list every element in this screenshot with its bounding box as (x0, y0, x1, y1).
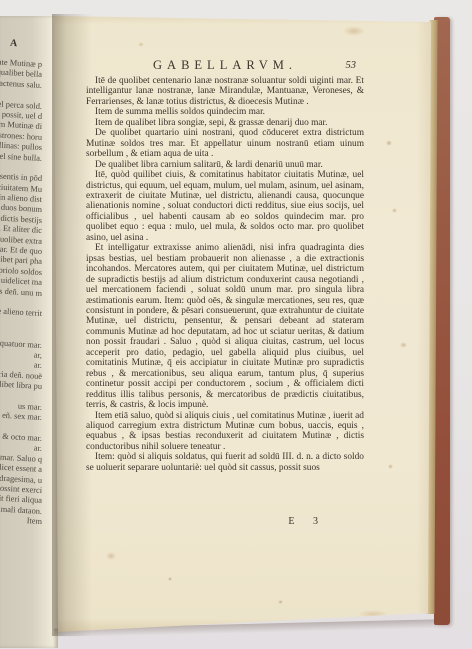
running-head: GABELLARVM. 53 (86, 58, 364, 72)
left-page-letter: A (10, 38, 18, 49)
paragraph: Itē, quòd quilibet ciuis, & comitatinus … (86, 170, 364, 243)
signature-mark: E 3 (86, 516, 364, 528)
paragraph: Item etiā saluo, quòd si aliquis ciuis ,… (86, 411, 364, 453)
foxing-spot (138, 42, 144, 47)
left-page-text-fragments: uitate Mutinæ ppro qualibet bellaactenus… (0, 60, 42, 528)
paragraph: Item de qualibet libra songiæ, sepi, & g… (86, 118, 364, 128)
foxing-spot (358, 610, 388, 618)
open-book-photo: A uitate Mutinæ ppro qualibet bellaacten… (0, 0, 472, 649)
paragraph: De quolibet quartario uini nostrani, quo… (86, 128, 364, 159)
paragraph: Et intelligatur extraxisse animo alienād… (86, 243, 364, 410)
paragraph: De qualibet libra carnium salitarū, & la… (86, 160, 364, 170)
left-page-edge: A uitate Mutinæ ppro qualibet bellaacten… (0, 16, 58, 648)
foxing-spot (106, 552, 116, 560)
right-page: GABELLARVM. 53 Itē de quolibet centenari… (48, 12, 440, 637)
paragraph: Item: quòd si aliquis soldatus, qui fuer… (86, 452, 364, 473)
foxing-spot (343, 26, 365, 36)
paragraph: Itē de quolibet centenario lanæ nostranæ… (86, 76, 364, 107)
page-number: 53 (346, 60, 357, 71)
foxing-spot (386, 140, 392, 146)
foxing-spot (278, 600, 283, 604)
foxing-spot (168, 577, 172, 581)
page-body-text: Itē de quolibet centenario lanæ nostranæ… (86, 76, 364, 473)
foxing-spot (392, 208, 397, 213)
running-head-title: GABELLARVM. (86, 58, 364, 73)
foxing-spot (388, 464, 393, 469)
paragraph: Item de summa mellis soldos quindecim ma… (86, 107, 364, 117)
foxing-spot (400, 342, 407, 348)
